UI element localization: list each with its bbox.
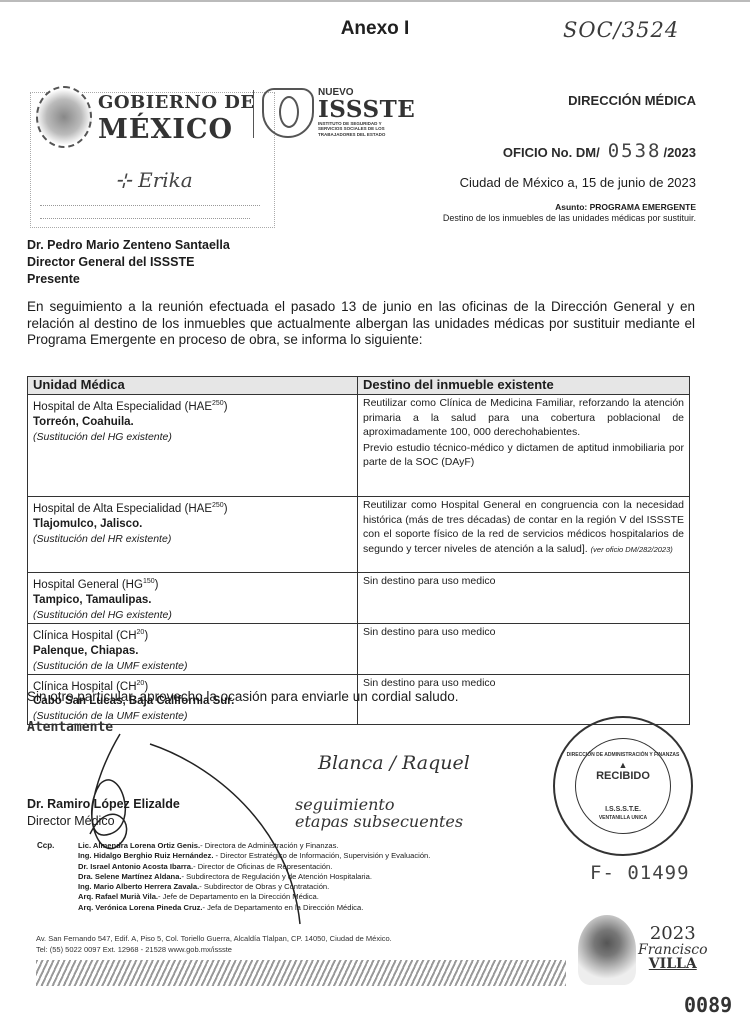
addressee-title: Director General del ISSSTE bbox=[27, 254, 230, 271]
unit-type: Hospital General (HG bbox=[33, 579, 143, 591]
destination-cell: Sin destino para uso medico bbox=[358, 623, 690, 674]
footer-address-block: Av. San Fernando 547, Edif. A, Piso 5, C… bbox=[36, 933, 392, 955]
header-destino: Destino del inmueble existente bbox=[358, 377, 690, 395]
unit-type: Hospital de Alta Especialidad (HAE bbox=[33, 401, 212, 413]
oficio-prefix: OFICIO No. DM/ bbox=[503, 145, 600, 160]
unit-location: Tlajomulco, Jalisco. bbox=[33, 517, 352, 532]
cc-recipient: Ing. Hidalgo Berghio Ruiz Hernández. - D… bbox=[78, 851, 430, 861]
cc-name: Arq. Verónica Lorena Pineda Cruz. bbox=[78, 903, 203, 912]
destination-main: Sin destino para uso medico bbox=[363, 677, 496, 689]
signer-block: Dr. Ramiro López Elizalde Director Médic… bbox=[27, 796, 180, 830]
cc-list: Lic. Almendra Lorena Ortiz Genis.- Direc… bbox=[78, 841, 430, 913]
stamp-org: I.S.S.S.T.E. bbox=[555, 806, 691, 813]
issste-subtitle: INSTITUTO DE SEGURIDAD Y SERVICIOS SOCIA… bbox=[318, 121, 388, 137]
destination-cell: Reutilizar como Hospital General en cong… bbox=[358, 497, 690, 573]
initials-text: Erika bbox=[138, 168, 193, 192]
signer-name: Dr. Ramiro López Elizalde bbox=[27, 796, 180, 813]
handwritten-followup: seguimiento etapas subsecuentes bbox=[295, 796, 463, 830]
page-number: 0089 bbox=[684, 993, 732, 1017]
destination-text: Sin destino para uso medico bbox=[363, 625, 684, 641]
cc-name: Dr. Israel Antonio Acosta Ibarra. bbox=[78, 862, 193, 871]
medical-units-table: Unidad Médica Destino del inmueble exist… bbox=[27, 376, 690, 725]
unit-suffix: ) bbox=[155, 579, 159, 591]
destination-cell: Reutilizar como Clínica de Medicina Fami… bbox=[358, 395, 690, 497]
unit-cell: Hospital de Alta Especialidad (HAE250)Tl… bbox=[28, 497, 358, 573]
table-row: Clínica Hospital (CH20)Palenque, Chiapas… bbox=[28, 623, 690, 674]
unit-cell: Hospital General (HG150)Tampico, Tamauli… bbox=[28, 573, 358, 624]
year-badge-surname: VILLA bbox=[638, 957, 708, 971]
stamp-text-line bbox=[40, 218, 250, 224]
cc-name: Ing. Mario Alberto Herrera Zavala. bbox=[78, 882, 199, 891]
unit-name: Hospital de Alta Especialidad (HAE250) bbox=[33, 498, 352, 517]
year-badge-year: 2023 bbox=[638, 925, 708, 943]
followup-line2: etapas subsecuentes bbox=[295, 813, 463, 830]
stamp-text-line bbox=[40, 205, 260, 211]
year-badge-name: Francisco bbox=[638, 943, 708, 957]
cc-role: - Director Estratégico de Información, S… bbox=[213, 851, 430, 860]
unit-suffix: ) bbox=[144, 630, 148, 642]
cc-role: - Jefa de Departamento en la Dirección M… bbox=[203, 903, 364, 912]
unit-note: (Sustitución del HG existente) bbox=[33, 430, 352, 444]
destination-main: Sin destino para uso medico bbox=[363, 626, 496, 638]
unit-note: (Sustitución del HG existente) bbox=[33, 608, 352, 622]
table-row: Hospital General (HG150)Tampico, Tamauli… bbox=[28, 573, 690, 624]
government-logo-line2: MÉXICO bbox=[98, 116, 255, 143]
oficio-year: /2023 bbox=[663, 145, 696, 160]
intro-paragraph: En seguimiento a la reunión efectuada el… bbox=[27, 299, 695, 349]
cc-recipient: Ing. Mario Alberto Herrera Zavala.- Subd… bbox=[78, 882, 430, 892]
unit-note: (Sustitución del HR existente) bbox=[33, 532, 352, 546]
unit-cell: Hospital de Alta Especialidad (HAE250)To… bbox=[28, 395, 358, 497]
unit-name: Hospital General (HG150) bbox=[33, 574, 352, 593]
unit-type: Clínica Hospital (CH bbox=[33, 630, 137, 642]
cc-recipient: Dra. Selene Martínez Aldana.- Subdirecto… bbox=[78, 872, 430, 882]
cc-name: Dra. Selene Martínez Aldana. bbox=[78, 872, 182, 881]
cc-label: Ccp. bbox=[37, 841, 54, 850]
table-row: Hospital de Alta Especialidad (HAE250)Tl… bbox=[28, 497, 690, 573]
year-badge: 2023 Francisco VILLA bbox=[638, 925, 708, 971]
cc-name: Lic. Almendra Lorena Ortiz Genis. bbox=[78, 841, 200, 850]
destination-main: Reutilizar como Clínica de Medicina Fami… bbox=[363, 397, 684, 438]
handwritten-folio: F- 01499 bbox=[590, 862, 690, 884]
government-logo: GOBIERNO DE MÉXICO bbox=[98, 94, 255, 143]
unit-capacity: 250 bbox=[212, 502, 224, 509]
followup-line1: seguimiento bbox=[295, 796, 463, 813]
unit-location: Tampico, Tamaulipas. bbox=[33, 593, 352, 608]
cc-role: - Jefe de Departamento en la Dirección M… bbox=[158, 892, 319, 901]
destination-text: Sin destino para uso medico bbox=[363, 574, 684, 590]
issste-hands-icon bbox=[262, 88, 314, 138]
francisco-villa-portrait-icon bbox=[578, 915, 636, 985]
stamp-status: RECIBIDO bbox=[555, 770, 691, 782]
destination-cell: Sin destino para uso medico bbox=[358, 573, 690, 624]
unit-type: Hospital de Alta Especialidad (HAE bbox=[33, 503, 212, 515]
cc-role: - Subdirectora de Regulación y de Atenci… bbox=[182, 872, 372, 881]
cc-recipient: Arq. Rafael Murià Vila.- Jefe de Departa… bbox=[78, 892, 430, 902]
destination-main: Sin destino para uso medico bbox=[363, 575, 496, 587]
logo-divider bbox=[253, 90, 254, 138]
cc-role: - Subdirector de Obras y Contratación. bbox=[199, 882, 329, 891]
addressee-block: Dr. Pedro Mario Zenteno Santaella Direct… bbox=[27, 237, 230, 288]
oficio-stamped-number: 0538 bbox=[608, 140, 662, 162]
destination-extra: Previo estudio técnico-médico y dictamen… bbox=[363, 441, 684, 470]
cc-role: - Director de Oficinas de Representación… bbox=[193, 862, 332, 871]
subject-label: Asunto: PROGRAMA EMERGENTE bbox=[555, 202, 696, 212]
table-row: Hospital de Alta Especialidad (HAE250)To… bbox=[28, 395, 690, 497]
unit-note: (Sustitución de la UMF existente) bbox=[33, 659, 352, 673]
handwritten-initials: ⊹ Erika bbox=[115, 168, 193, 192]
unit-suffix: ) bbox=[224, 401, 228, 413]
received-stamp: DIRECCIÓN DE ADMINISTRACIÓN Y FINANZAS ▲… bbox=[553, 716, 693, 856]
unit-capacity: 250 bbox=[212, 400, 224, 407]
destination-text: Reutilizar como Hospital General en cong… bbox=[363, 498, 684, 557]
place-date: Ciudad de México a, 15 de junio de 2023 bbox=[460, 175, 696, 190]
addressee-name: Dr. Pedro Mario Zenteno Santaella bbox=[27, 237, 230, 254]
stamp-window: VENTANILLA UNICA bbox=[555, 815, 691, 821]
issste-name: ISSSTE bbox=[318, 98, 415, 121]
decorative-pattern bbox=[36, 960, 566, 986]
stamp-arrow-icon: ▲ bbox=[555, 760, 691, 770]
unit-name: Hospital de Alta Especialidad (HAE250) bbox=[33, 396, 352, 415]
unit-suffix: ) bbox=[224, 503, 228, 515]
cc-name: Ing. Hidalgo Berghio Ruiz Hernández. bbox=[78, 851, 213, 860]
cc-recipient: Lic. Almendra Lorena Ortiz Genis.- Direc… bbox=[78, 841, 430, 851]
handwritten-routing: Blanca / Raquel bbox=[318, 752, 470, 774]
unit-cell: Clínica Hospital (CH20)Palenque, Chiapas… bbox=[28, 623, 358, 674]
closing-line: Sin otro particular, aprovecho la ocasió… bbox=[27, 689, 459, 704]
unit-name: Clínica Hospital (CH20) bbox=[33, 625, 352, 644]
addressee-salutation: Presente bbox=[27, 271, 230, 288]
cc-name: Arq. Rafael Murià Vila. bbox=[78, 892, 158, 901]
unit-location: Palenque, Chiapas. bbox=[33, 644, 352, 659]
handwritten-reference: SOC/3524 bbox=[563, 18, 679, 42]
header-unidad-medica: Unidad Médica bbox=[28, 377, 358, 395]
mexico-seal-icon bbox=[36, 86, 92, 148]
table-header-row: Unidad Médica Destino del inmueble exist… bbox=[28, 377, 690, 395]
footer-contact: Tel: (55) 5022 0097 Ext. 12968 - 21528 w… bbox=[36, 944, 392, 955]
destination-text: Reutilizar como Clínica de Medicina Fami… bbox=[363, 396, 684, 441]
subject-description: Destino de los inmuebles de las unidades… bbox=[443, 213, 696, 223]
issste-logo: NUEVO ISSSTE INSTITUTO DE SEGURIDAD Y SE… bbox=[318, 88, 415, 137]
footer-address: Av. San Fernando 547, Edif. A, Piso 5, C… bbox=[36, 933, 392, 944]
oficio-number: OFICIO No. DM/0538/2023 bbox=[503, 140, 696, 162]
scan-edge bbox=[0, 0, 750, 2]
signer-title: Director Médico bbox=[27, 813, 180, 830]
government-logo-line1: GOBIERNO DE bbox=[98, 94, 255, 112]
unit-location: Torreón, Coahuila. bbox=[33, 415, 352, 430]
cc-role: - Directora de Administración y Finanzas… bbox=[200, 841, 338, 850]
destination-reference: (ver oficio DM/282/2023) bbox=[591, 545, 673, 554]
department-title: DIRECCIÓN MÉDICA bbox=[568, 93, 696, 108]
cc-recipient: Arq. Verónica Lorena Pineda Cruz.- Jefa … bbox=[78, 903, 430, 913]
cc-recipient: Dr. Israel Antonio Acosta Ibarra.- Direc… bbox=[78, 862, 430, 872]
stamp-top-text: DIRECCIÓN DE ADMINISTRACIÓN Y FINANZAS bbox=[555, 752, 691, 758]
unit-capacity: 150 bbox=[143, 578, 155, 585]
